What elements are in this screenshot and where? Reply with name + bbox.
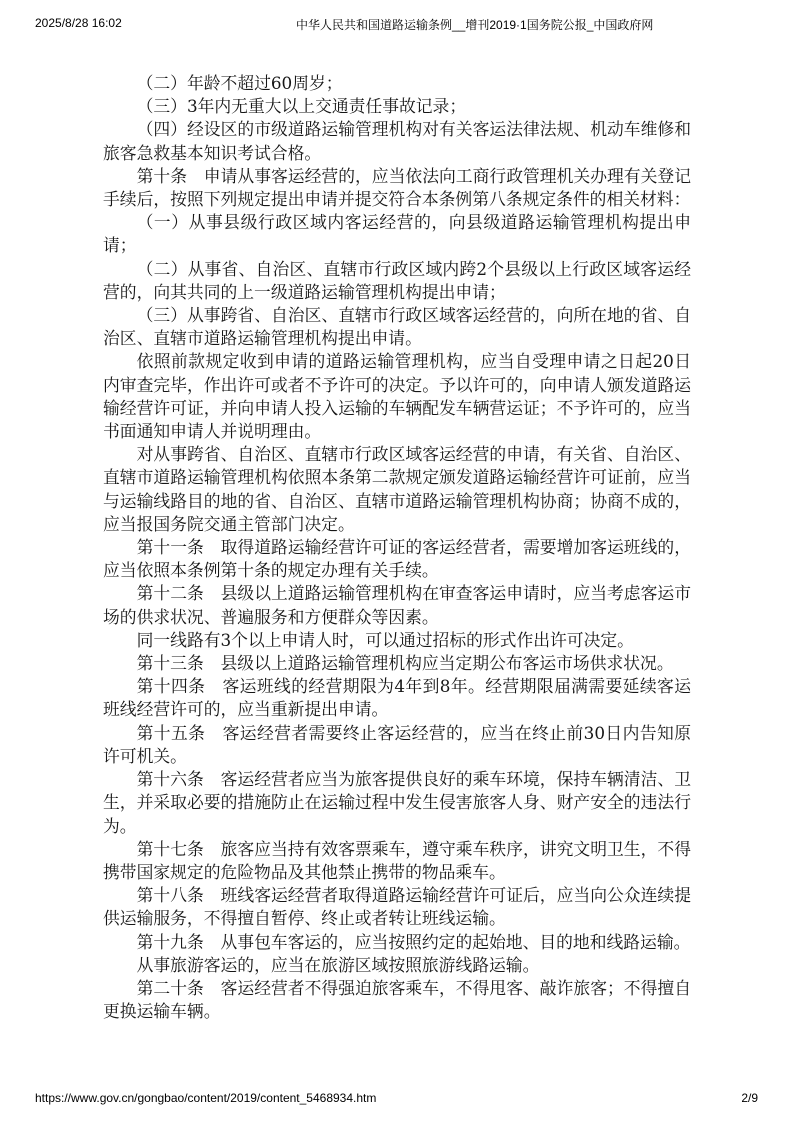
document-body: （二）年龄不超过60周岁；（三）3年内无重大以上交通责任事故记录；（四）经设区的… — [103, 72, 691, 1023]
paragraph: 第十一条 取得道路运输经营许可证的客运经营者，需要增加客运班线的，应当依照本条例… — [103, 536, 691, 582]
print-footer-url: https://www.gov.cn/gongbao/content/2019/… — [35, 1091, 376, 1105]
print-header-title: 中华人民共和国道路运输条例__增刊2019·1国务院公报_中国政府网 — [296, 16, 653, 33]
paragraph: 第十五条 客运经营者需要终止客运经营的，应当在终止前30日内告知原许可机关。 — [103, 722, 691, 768]
paragraph: （二）年龄不超过60周岁； — [103, 72, 691, 95]
paragraph: （二）从事省、自治区、直辖市行政区域内跨2个县级以上行政区域客运经营的，向其共同… — [103, 258, 691, 304]
paragraph: 同一线路有3个以上申请人时，可以通过招标的形式作出许可决定。 — [103, 629, 691, 652]
paragraph: 对从事跨省、自治区、直辖市行政区域客运经营的申请，有关省、自治区、直辖市道路运输… — [103, 443, 691, 536]
paragraph: 第十六条 客运经营者应当为旅客提供良好的乘车环境，保持车辆清洁、卫生，并采取必要… — [103, 768, 691, 838]
paragraph: 第十九条 从事包车客运的，应当按照约定的起始地、目的地和线路运输。 — [103, 931, 691, 954]
paragraph: 第二十条 客运经营者不得强迫旅客乘车，不得甩客、敲诈旅客；不得擅自更换运输车辆。 — [103, 977, 691, 1023]
paragraph: （三）3年内无重大以上交通责任事故记录； — [103, 95, 691, 118]
paragraph: （四）经设区的市级道路运输管理机构对有关客运法律法规、机动车维修和旅客急救基本知… — [103, 118, 691, 164]
print-page: 2025/8/28 16:02 中华人民共和国道路运输条例__增刊2019·1国… — [0, 0, 793, 1122]
paragraph: 第十三条 县级以上道路运输管理机构应当定期公布客运市场供求状况。 — [103, 652, 691, 675]
print-footer-page-number: 2/9 — [741, 1091, 758, 1105]
paragraph: （三）从事跨省、自治区、直辖市行政区域客运经营的，向所在地的省、自治区、直辖市道… — [103, 304, 691, 350]
paragraph: （一）从事县级行政区域内客运经营的，向县级道路运输管理机构提出申请； — [103, 211, 691, 257]
print-header-datetime: 2025/8/28 16:02 — [35, 16, 122, 30]
paragraph: 第十四条 客运班线的经营期限为4年到8年。经营期限届满需要延续客运班线经营许可的… — [103, 675, 691, 721]
paragraph: 依照前款规定收到申请的道路运输管理机构，应当自受理申请之日起20日内审查完毕，作… — [103, 350, 691, 443]
paragraph: 第十条 申请从事客运经营的，应当依法向工商行政管理机关办理有关登记手续后，按照下… — [103, 165, 691, 211]
paragraph: 第十八条 班线客运经营者取得道路运输经营许可证后，应当向公众连续提供运输服务，不… — [103, 884, 691, 930]
paragraph: 第十七条 旅客应当持有效客票乘车，遵守乘车秩序，讲究文明卫生，不得携带国家规定的… — [103, 838, 691, 884]
paragraph: 从事旅游客运的，应当在旅游区域按照旅游线路运输。 — [103, 954, 691, 977]
paragraph: 第十二条 县级以上道路运输管理机构在审查客运申请时，应当考虑客运市场的供求状况、… — [103, 582, 691, 628]
